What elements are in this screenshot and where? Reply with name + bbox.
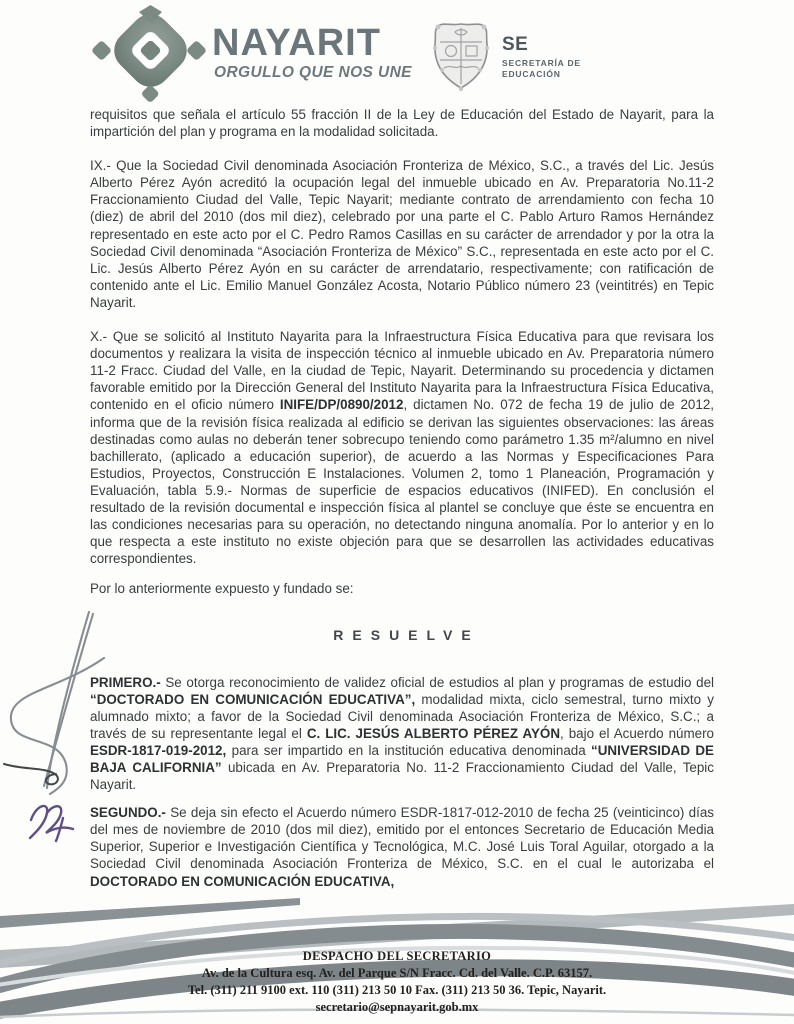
education-dept-block: SE SECRETARÍA DE EDUCACIÓN bbox=[502, 34, 581, 79]
footer-address: Av. de la Cultura esq. Av. del Parque S/… bbox=[0, 965, 794, 982]
document-body: requisitos que señala el artículo 55 fra… bbox=[90, 106, 714, 907]
dept-name-line1: SECRETARÍA DE bbox=[502, 59, 581, 69]
footer-contact-block: DESPACHO DEL SECRETARIO Av. de la Cultur… bbox=[0, 948, 794, 1016]
state-wordmark: NAYARIT bbox=[212, 24, 381, 62]
short-stroke-loop-icon bbox=[4, 764, 58, 784]
resolve-intro: Por lo anteriormente expuesto y fundado … bbox=[90, 580, 714, 597]
clause-x: X.- Que se solicitó al Instituto Nayarit… bbox=[90, 328, 714, 567]
nayarit-diamond-emblem-icon bbox=[88, 2, 210, 109]
footer-office: DESPACHO DEL SECRETARIO bbox=[0, 948, 794, 965]
coat-of-arms-icon bbox=[430, 20, 492, 97]
footer-email: secretario@sepnayarit.gob.mx bbox=[0, 999, 794, 1016]
dept-abbr: SE bbox=[502, 34, 581, 56]
footer-phone: Tel. (311) 211 9100 ext. 110 (311) 213 5… bbox=[0, 982, 794, 999]
initials-purple-icon bbox=[30, 806, 73, 841]
resolution-segundo: SEGUNDO.- Se deja sin efecto el Acuerdo … bbox=[90, 804, 714, 889]
state-tagline: ORGULLO QUE NOS UNE bbox=[214, 64, 412, 82]
paragraph-continuation: requisitos que señala el artículo 55 fra… bbox=[90, 106, 714, 140]
resolve-heading: RESUELVE bbox=[90, 627, 714, 644]
resolution-primero: PRIMERO.- Se otorga reconocimiento de va… bbox=[90, 674, 714, 794]
dept-name-line2: EDUCACIÓN bbox=[502, 70, 581, 80]
scanned-official-letter-page: NAYARIT ORGULLO QUE NOS UNE SE bbox=[0, 0, 794, 1024]
clause-ix: IX.- Que la Sociedad Civil denominada As… bbox=[90, 157, 714, 311]
